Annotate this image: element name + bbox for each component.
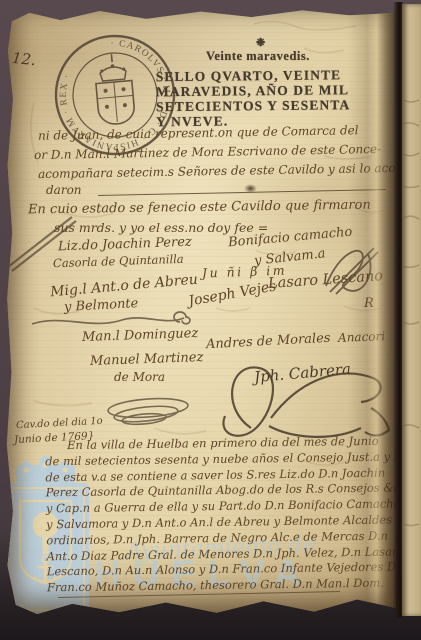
- printed-fleuron-ornament: ❉: [256, 36, 265, 49]
- stamp-tax-line: Veinte maravedis.: [206, 49, 310, 64]
- document-scan: Ayuntamiento de HUELVA 12. · CAROLVS · I…: [0, 0, 421, 640]
- page-binding-curl: [348, 8, 396, 614]
- act-upper-line: daron: [46, 183, 82, 197]
- act-lower-block: En la villa de Huelba en primero dia del…: [45, 434, 387, 597]
- next-page-sliver: [402, 4, 421, 616]
- mora-rubric-scribble: [96, 386, 200, 436]
- act-closing-line: sus mrds. y yo el ess.no doy fee =: [54, 220, 268, 235]
- signature-martinez-mora-2: de Mora: [114, 370, 165, 384]
- next-page-writing-fragments: [402, 4, 421, 616]
- manuscript-page: Ayuntamiento de HUELVA 12. · CAROLVS · I…: [6, 8, 396, 614]
- folio-number-mark: 12.: [11, 49, 37, 69]
